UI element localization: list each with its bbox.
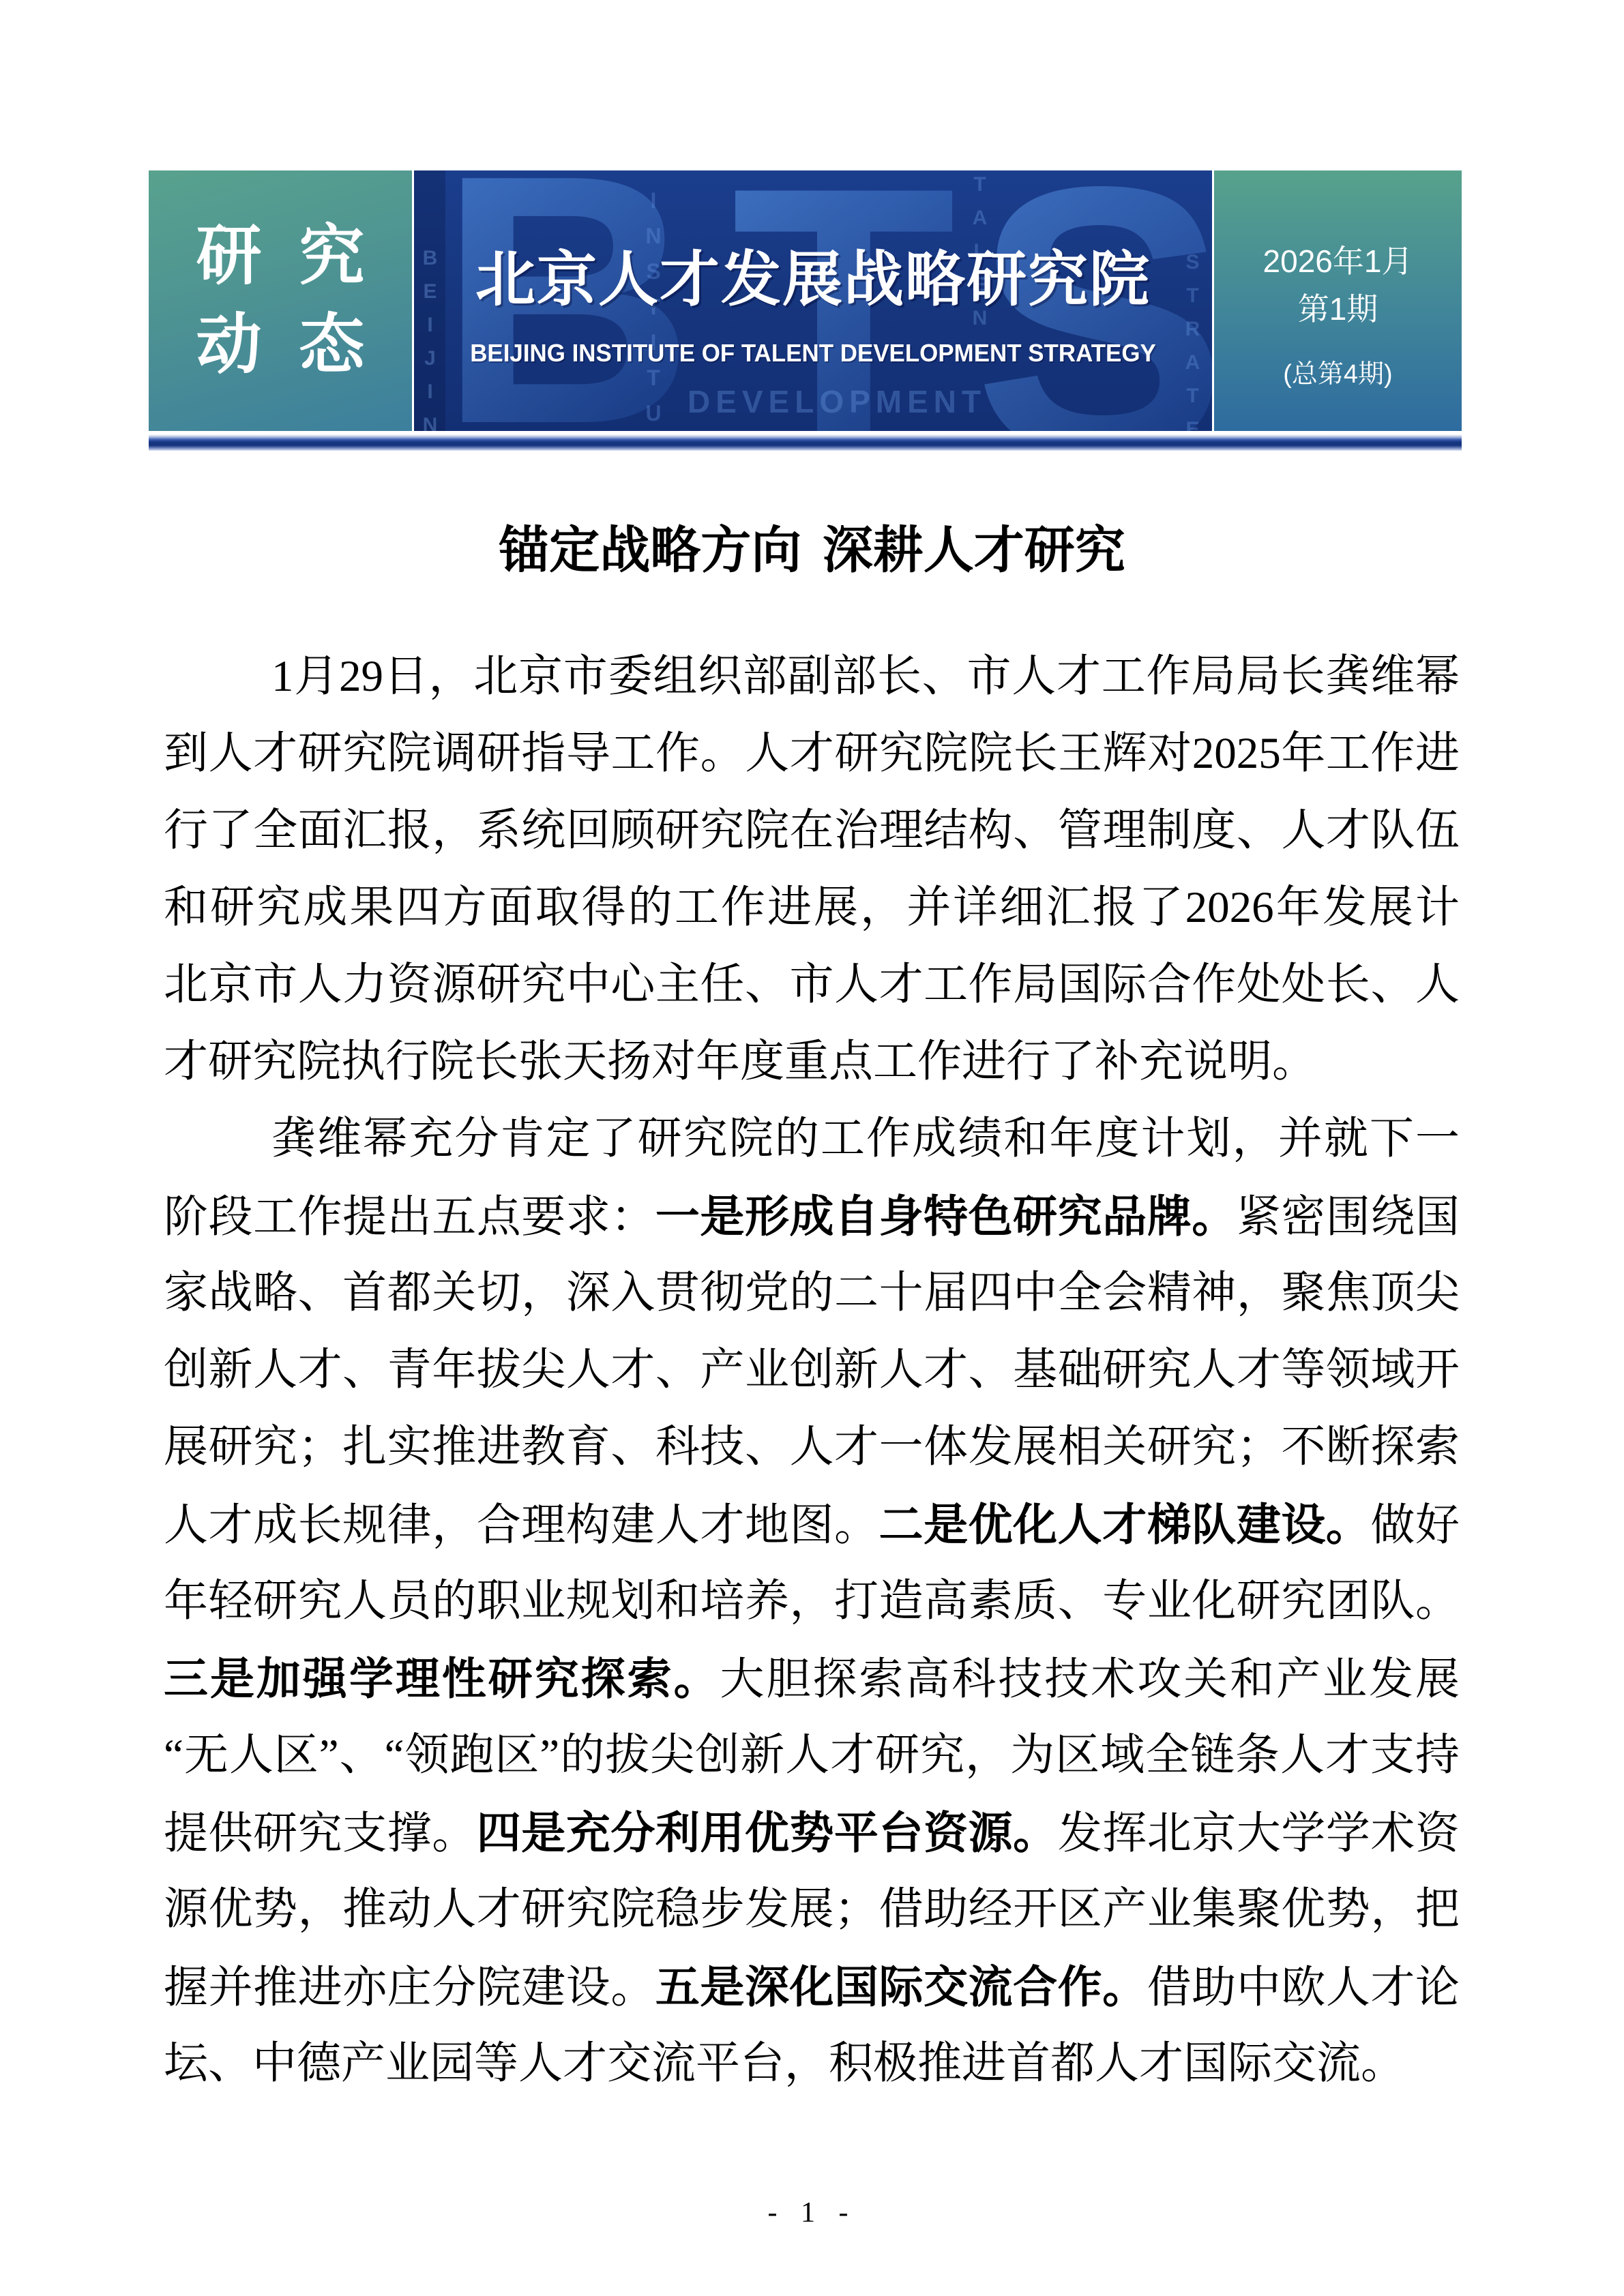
body-line: 创新人才、青年拔尖人才、产业创新人才、基础研究人才等领域开: [164, 1332, 1460, 1409]
body-text: 源优势，推动人才研究院稳步发展；借助经开区产业集聚优势，把: [164, 1885, 1460, 1934]
body-line: 展研究；扎实推进教育、科技、人才一体发展相关研究；不断探索: [164, 1409, 1460, 1486]
body-text: 创新人才、青年拔尖人才、产业创新人才、基础研究人才等领域开: [164, 1345, 1460, 1395]
institute-name-english: BEIJING INSTITUTE OF TALENT DEVELOPMENT …: [426, 341, 1200, 366]
body-line: 1月29日，北京市委组织部副部长、市人才工作局局长龚维幂: [164, 638, 1460, 715]
body-line: 坛、中德产业园等人才交流平台，积极推进首都人才国际交流。: [164, 2025, 1460, 2102]
body-line: 北京市人力资源研究中心主任、市人才工作局国际合作处处长、人: [164, 946, 1460, 1024]
body-text: 展研究；扎实推进教育、科技、人才一体发展相关研究；不断探索: [164, 1422, 1460, 1472]
body-text: 北京市人力资源研究中心主任、市人才工作局国际合作处处长、人: [164, 960, 1460, 1009]
body-line: 和研究成果四方面取得的工作进展，并详细汇报了2026年发展计划。: [164, 869, 1460, 946]
body-line: 家战略、首都关切，深入贯彻党的二十届四中全会精神，聚焦顶尖: [164, 1255, 1460, 1332]
body-line: 提供研究支撑。四是充分利用优势平台资源。发挥北京大学学术资: [164, 1794, 1460, 1871]
masthead-title-row1: 研 究: [196, 224, 365, 289]
body-line: 龚维幂充分肯定了研究院的工作成绩和年度计划，并就下一: [164, 1101, 1460, 1178]
body-line: 三是加强学理性研究探索。大胆探索高科技技术攻关和产业发展: [164, 1640, 1460, 1717]
body-line: 源优势，推动人才研究院稳步发展；借助经开区产业集聚优势，把: [164, 1871, 1460, 1948]
body-text: 1月29日，北京市委组织部副部长、市人才工作局局长龚维幂: [271, 652, 1460, 701]
masthead-title-block: 研 究 动 态: [149, 170, 412, 431]
issue-date: 2026年1月: [1263, 237, 1413, 285]
body-text: 人才成长规律，合理构建人才地图。: [164, 1501, 879, 1550]
masthead-banner: 研 究 动 态 B T S BEIJING INSTITUTE TALENT S…: [149, 170, 1462, 431]
emphasis-text: 四是充分利用优势平台资源。: [477, 1808, 1058, 1858]
body-text: 才研究院执行院长张天扬对年度重点工作进行了补充说明。: [164, 1037, 1316, 1086]
institute-name-chinese: 北京人才发展战略研究院: [414, 250, 1212, 310]
emphasis-text: 三是加强学理性研究探索。: [164, 1654, 720, 1703]
issue-number: 第1期: [1298, 285, 1378, 333]
emphasis-text: 二是优化人才梯队建设。: [879, 1500, 1371, 1549]
article-body: 1月29日，北京市委组织部副部长、市人才工作局局长龚维幂到人才研究院调研指导工作…: [164, 638, 1460, 2102]
watermark-word-development: DEVELOPMENT: [688, 383, 986, 420]
body-text: 大胆探索高科技技术攻关和产业发展: [720, 1655, 1460, 1704]
body-text: 年轻研究人员的职业规划和培养，打造高素质、专业化研究团队。: [164, 1577, 1460, 1626]
body-line: 握并推进亦庄分院建设。五是深化国际交流合作。借助中欧人才论: [164, 1948, 1460, 2025]
body-text: 阶段工作提出五点要求：: [164, 1193, 655, 1242]
body-text: 到人才研究院调研指导工作。人才研究院院长王辉对2025年工作进: [164, 729, 1460, 778]
body-text: 借助中欧人才论: [1147, 1963, 1460, 2012]
body-text: 做好: [1370, 1501, 1460, 1550]
body-line: 人才成长规律，合理构建人才地图。二是优化人才梯队建设。做好: [164, 1486, 1460, 1563]
body-line: 年轻研究人员的职业规划和培养，打造高素质、专业化研究团队。: [164, 1563, 1460, 1640]
body-text: 家战略、首都关切，深入贯彻党的二十届四中全会精神，聚焦顶尖: [164, 1268, 1460, 1317]
article-title: 锚定战略方向 深耕人才研究: [0, 524, 1624, 579]
body-text: 和研究成果四方面取得的工作进展，并详细汇报了2026年发展计划。: [164, 883, 1460, 946]
document-page: 研 究 动 态 B T S BEIJING INSTITUTE TALENT S…: [0, 0, 1624, 2296]
body-line: 行了全面汇报，系统回顾研究院在治理结构、管理制度、人才队伍: [164, 792, 1460, 869]
body-text: 握并推进亦庄分院建设。: [164, 1963, 655, 2012]
body-line: 阶段工作提出五点要求：一是形成自身特色研究品牌。紧密围绕国: [164, 1178, 1460, 1255]
body-line: 才研究院执行院长张天扬对年度重点工作进行了补充说明。: [164, 1024, 1460, 1101]
body-line: 到人才研究院调研指导工作。人才研究院院长王辉对2025年工作进: [164, 715, 1460, 792]
emphasis-text: 一是形成自身特色研究品牌。: [655, 1191, 1237, 1241]
issue-total-number: (总第4期): [1283, 361, 1392, 387]
page-number: - 1 -: [0, 2198, 1624, 2227]
emphasis-text: 五是深化国际交流合作。: [655, 1962, 1147, 2012]
body-text: 紧密围绕国: [1237, 1193, 1460, 1242]
masthead-title-row2: 动 态: [196, 312, 365, 378]
body-line: “无人区”、“领跑区”的拔尖创新人才研究，为区域全链条人才支持: [164, 1717, 1460, 1794]
body-text: “无人区”、“领跑区”的拔尖创新人才研究，为区域全链条人才支持: [164, 1731, 1460, 1780]
body-text: 行了全面汇报，系统回顾研究院在治理结构、管理制度、人才队伍: [164, 806, 1460, 855]
body-text: 坛、中德产业园等人才交流平台，积极推进首都人才国际交流。: [164, 2039, 1405, 2088]
body-text: 提供研究支撑。: [164, 1809, 477, 1858]
body-text: 发挥北京大学学术资: [1058, 1809, 1460, 1858]
banner-divider-bar: [149, 434, 1462, 451]
issue-info-block: 2026年1月 第1期 (总第4期): [1214, 170, 1462, 431]
institute-banner-block: B T S BEIJING INSTITUTE TALENT STRATEGY …: [412, 170, 1214, 431]
body-text: 龚维幂充分肯定了研究院的工作成绩和年度计划，并就下一: [271, 1114, 1460, 1163]
